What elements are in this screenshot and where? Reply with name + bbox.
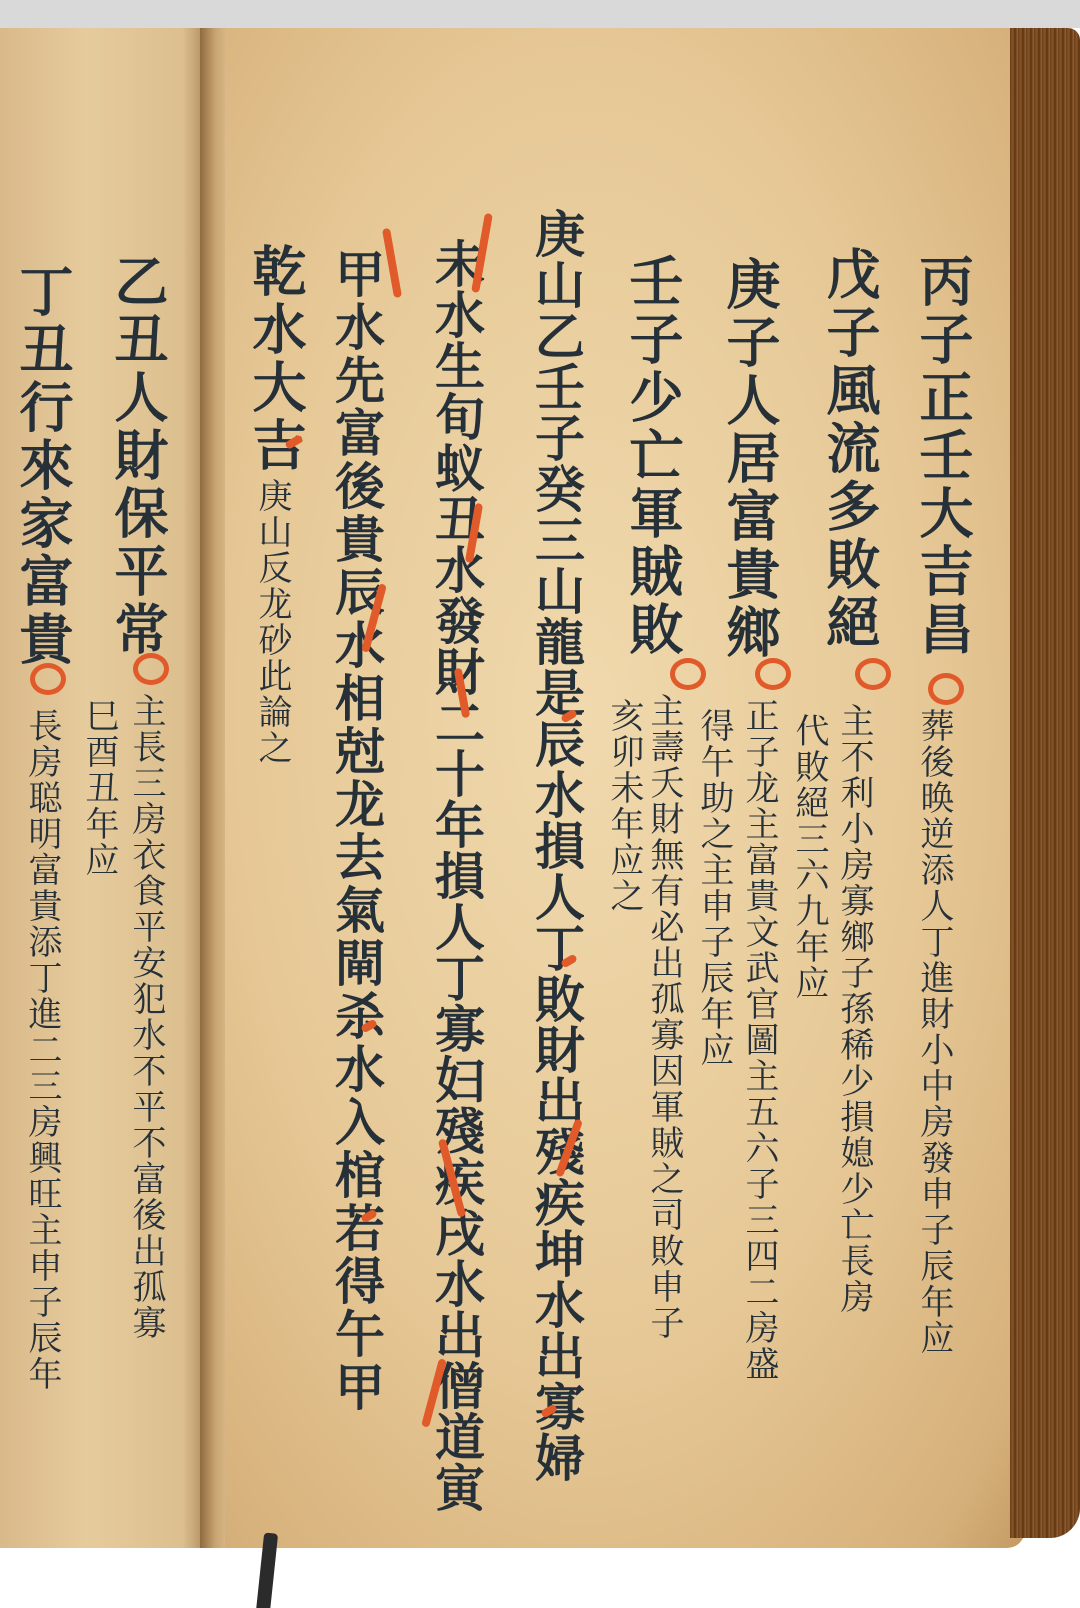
page-edges [1010,28,1080,1538]
scanner-top-bar [0,0,1080,28]
red-circle-mark [855,658,891,690]
left-column-1-note-2: 巳酉丑年应 [75,698,124,878]
manuscript-book: 丙子正壬大吉昌 葬後㬇逆添人丁進財小中房發申子辰年应 戊子風流多敗絕 主不利小房… [0,28,1080,1588]
column-1-note: 葬後㬇逆添人丁進財小中房發申子辰年应 [910,708,959,1356]
column-6-main: 未水生旬蚁丑水發財二十年損人丁寡妇殘疾戌水出僧道寅 [420,238,492,1513]
column-2-note-2: 代敗絕三六九年应 [785,713,834,1001]
column-1-main: 丙子正壬大吉昌 [905,253,982,659]
column-8-note: 庚山反龙砂此論之 [248,478,297,766]
column-4-main: 壬子少亡軍賊敗 [615,253,692,659]
red-circle-mark [30,663,66,695]
column-8-main: 乾水大吉 [238,243,315,475]
red-circle-mark [670,658,706,690]
column-3-note-1: 正子龙主富貴文武官圖主五六子三四二房盛 [735,698,784,1382]
left-column-1-note-1: 主長三房衣食平安犯水不平不富後出孤寡 [122,693,171,1341]
left-column-2-note: 長房聪明富貴添丁進二三房興旺主申子辰年 [18,708,67,1392]
column-3-main: 庚子人居富貴鄉 [712,256,789,662]
column-2-main: 戊子風流多敗絕 [812,246,889,652]
red-circle-mark [755,658,791,690]
column-5-main: 庚山乙壬子癸三山龍是辰水損人丁敗財出殘疾坤水出寡婦 [520,208,592,1483]
column-2-note-1: 主不利小房寡鄉子孫稀少損媳少亡長房 [830,703,879,1315]
column-3-note-2: 得午助之主申子辰年应 [690,708,739,1068]
left-column-1-main: 乙丑人財保平常 [100,253,177,659]
red-circle-mark [928,673,964,705]
left-column-2-main: 丁丑行來家富貴 [5,263,82,669]
column-4-note-2: 亥卯未年应之 [600,698,649,914]
column-7-main: 甲水先富後貴辰水相尅龙去氣閘杀水入棺若得午甲 [320,248,392,1414]
red-circle-mark [133,653,169,685]
